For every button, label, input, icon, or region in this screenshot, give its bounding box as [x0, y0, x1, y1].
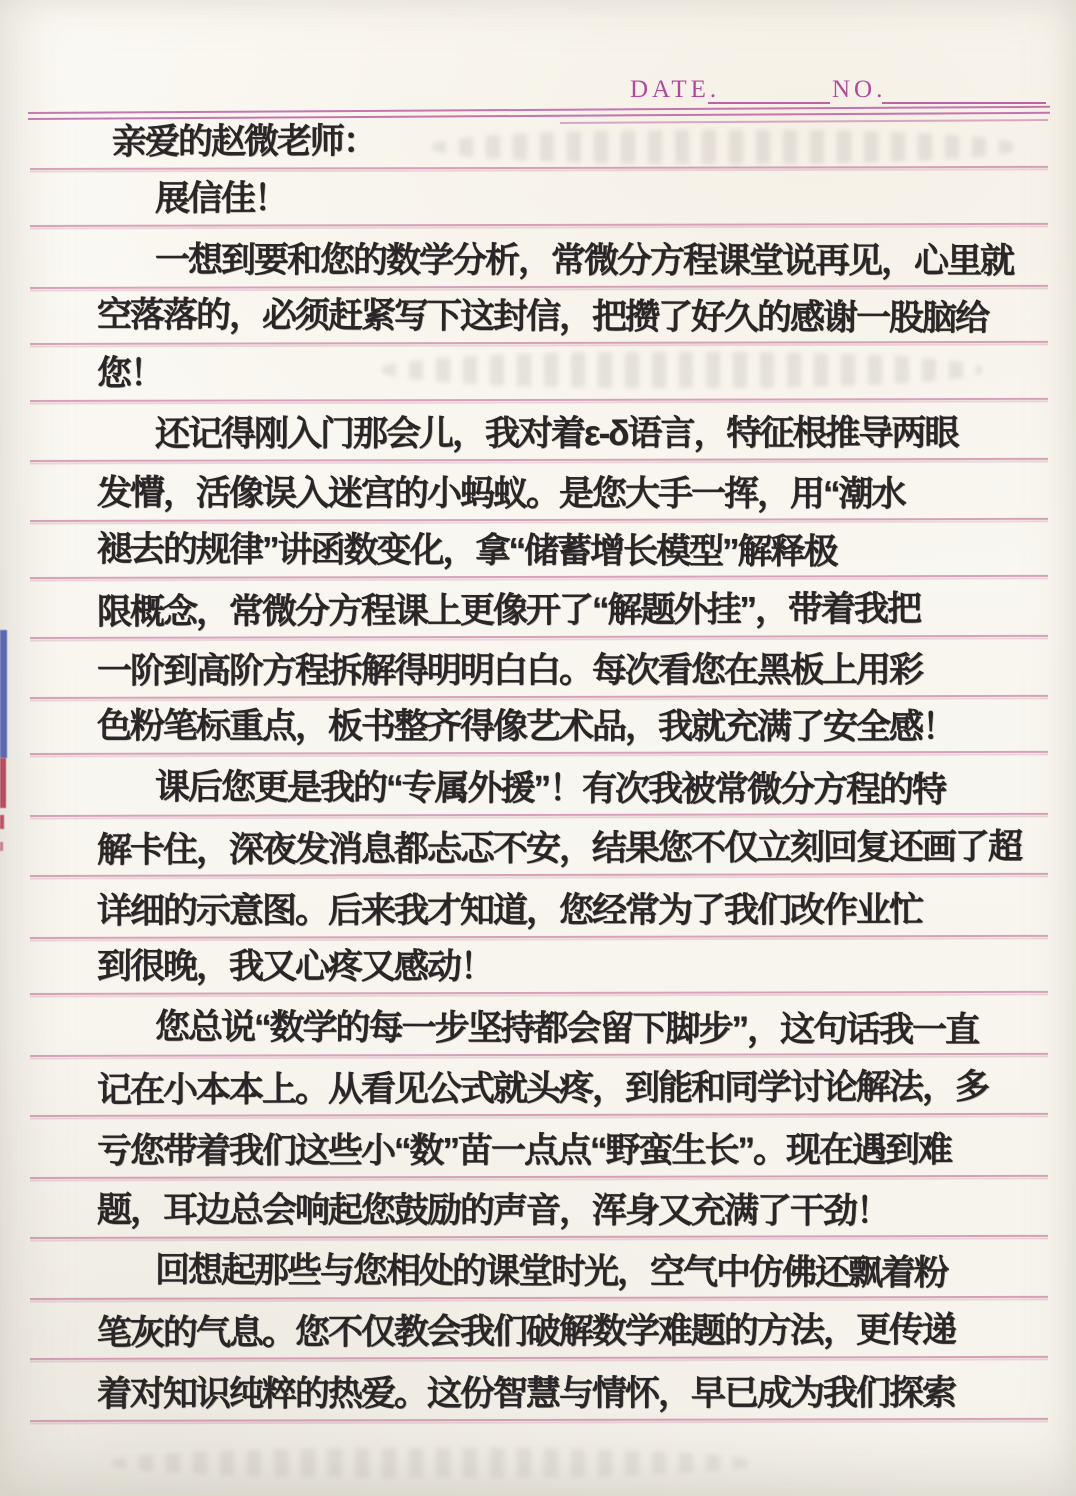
letter-line-14: 详细的示意图。后来我才知道，您经常为了我们改作业忙 [97, 880, 922, 939]
letter-line-16: 您总说“数学的每一步坚持都会留下脚步”，这句话我一直 [155, 997, 978, 1058]
letter-line-21: 笔灰的气息。您不仅教会我们破解数学难题的方法，更传递 [97, 1300, 955, 1361]
letter-line-12: 课后您更是我的“专属外援”！有次我被常微分方程的特 [155, 757, 945, 818]
left-edge-red-dot [0, 842, 3, 851]
left-edge-red-dot [0, 815, 4, 829]
ink-bleed-ghost [112, 1448, 752, 1478]
letter-line-6: 还记得刚入门那会儿，我对着ε-δ语言，特征根推导两眼 [155, 404, 958, 463]
letter-line-10: 一阶到高阶方程拆解得明明白白。每次看您在黑板上用彩 [97, 640, 922, 699]
letter-line-17: 记在小本本上。从看见公式就头疼，到能和同学讨论解法，多 [97, 1057, 988, 1118]
ink-bleed-ghost [432, 130, 1018, 164]
letter-line-8: 褪去的规律”讲函数变化，拿“储蓄增长模型”解释极 [97, 520, 837, 581]
letter-line-4: 空落落的，必须赶紧写下这封信，把攒了好久的感谢一股脑给 [97, 285, 988, 346]
letter-line-3: 一想到要和您的数学分析，常微分方程课堂说再见，心里就 [155, 230, 1013, 289]
letter-line-2: 展信佳！ [155, 169, 287, 227]
handwritten-letter-page: DATE. NO. 亲爱的赵微老师：展信佳！一想到要和您的数学分析，常微分方程课… [0, 0, 1076, 1496]
date-label: DATE. [630, 76, 720, 104]
letter-line-11: 色粉笔标重点，板书整齐得像艺术品，我就充满了安全感！ [97, 696, 955, 755]
left-edge-red-strip [0, 758, 6, 808]
letter-line-9: 限概念，常微分方程课上更像开了“解题外挂”，带着我把 [97, 579, 920, 640]
ruled-line [30, 398, 1048, 402]
no-label: NO. [832, 76, 886, 104]
header-rule-echo [560, 119, 1048, 124]
letter-line-19: 题，耳边总会响起您鼓励的声音，浑身又充满了干劲！ [97, 1181, 889, 1240]
left-edge-blue-strip [0, 630, 7, 758]
letter-line-15: 到很晚，我又心疼又感动！ [97, 937, 493, 995]
no-blank-line [882, 78, 1046, 104]
letter-line-22: 着对知识纯粹的热爱。这份智慧与情怀，早已成为我们探索 [97, 1363, 955, 1422]
letter-line-18: 亏您带着我们这些小“数”苗一点点“野蛮生长”。现在遇到难 [97, 1120, 951, 1179]
ink-bleed-ghost [382, 352, 982, 388]
letter-line-5: 您！ [97, 344, 163, 402]
letter-line-1: 亲爱的赵微老师： [112, 111, 376, 170]
letter-line-13: 解卡住，深夜发消息都忐忑不安，结果您不仅立刻回复还画了超 [97, 817, 1021, 879]
letter-line-20: 回想起那些与您相处的课堂时光，空气中仿佛还飘着粉 [155, 1240, 947, 1301]
letter-line-7: 发懵，活像误入迷宫的小蚂蚁。是您大手一挥，用“潮水 [97, 464, 905, 523]
date-blank-line [708, 78, 830, 104]
